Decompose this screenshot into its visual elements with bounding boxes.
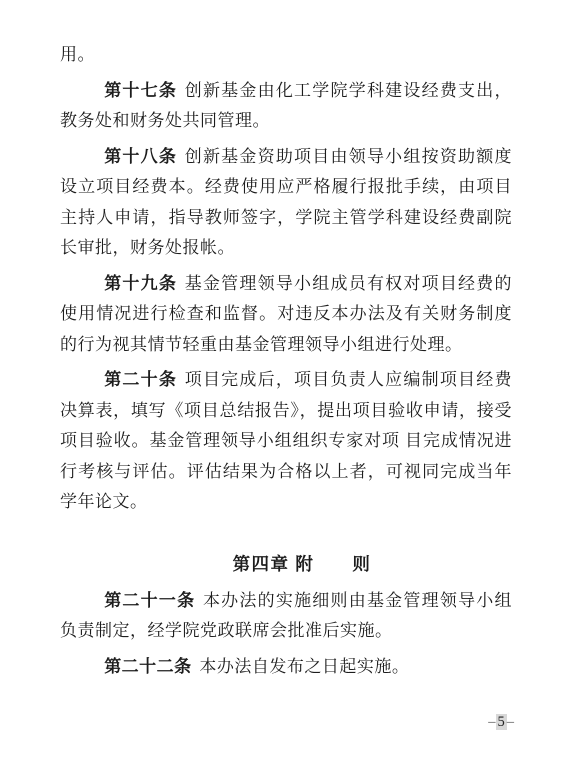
document-content: 用。 第十七条创新基金由化工学院学科建设经费支出，教务处和财务处共同管理。 第十… [60, 40, 512, 682]
article-18-number: 第十八条 [104, 147, 177, 166]
article-18: 第十八条创新基金资助项目由领导小组按资助额度设立项目经费本。经费使用应严格履行报… [60, 142, 512, 264]
page-number: –5– [488, 713, 514, 731]
article-22-number: 第二十二条 [104, 657, 192, 676]
article-17: 第十七条创新基金由化工学院学科建设经费支出，教务处和财务处共同管理。 [60, 76, 512, 137]
page-number-right-dash: – [507, 714, 514, 730]
article-19-number: 第十九条 [104, 274, 177, 293]
article-20: 第二十条项目完成后，项目负责人应编制项目经费决算表，填写《项目总结报告》，提出项… [60, 365, 512, 518]
article-22-text: 本办法自发布之日起实施。 [199, 657, 409, 676]
article-17-number: 第十七条 [104, 81, 177, 100]
document-page: 用。 第十七条创新基金由化工学院学科建设经费支出，教务处和财务处共同管理。 第十… [0, 0, 571, 775]
chapter-heading: 第四章 附 则 [76, 549, 528, 579]
paragraph-continuation: 用。 [60, 40, 512, 71]
article-21: 第二十一条本办法的实施细则由基金管理领导小组负责制定，经学院党政联席会批准后实施… [60, 586, 512, 647]
page-number-value: 5 [496, 714, 507, 730]
article-19: 第十九条基金管理领导小组成员有权对项目经费的使用情况进行检查和监督。对违反本办法… [60, 269, 512, 361]
article-20-number: 第二十条 [104, 370, 177, 389]
article-22: 第二十二条本办法自发布之日起实施。 [60, 652, 512, 683]
article-20-text: 项目完成后，项目负责人应编制项目经费决算表，填写《项目总结报告》，提出项目验收申… [60, 370, 512, 511]
article-21-number: 第二十一条 [104, 591, 195, 610]
page-number-left-dash: – [488, 714, 495, 730]
